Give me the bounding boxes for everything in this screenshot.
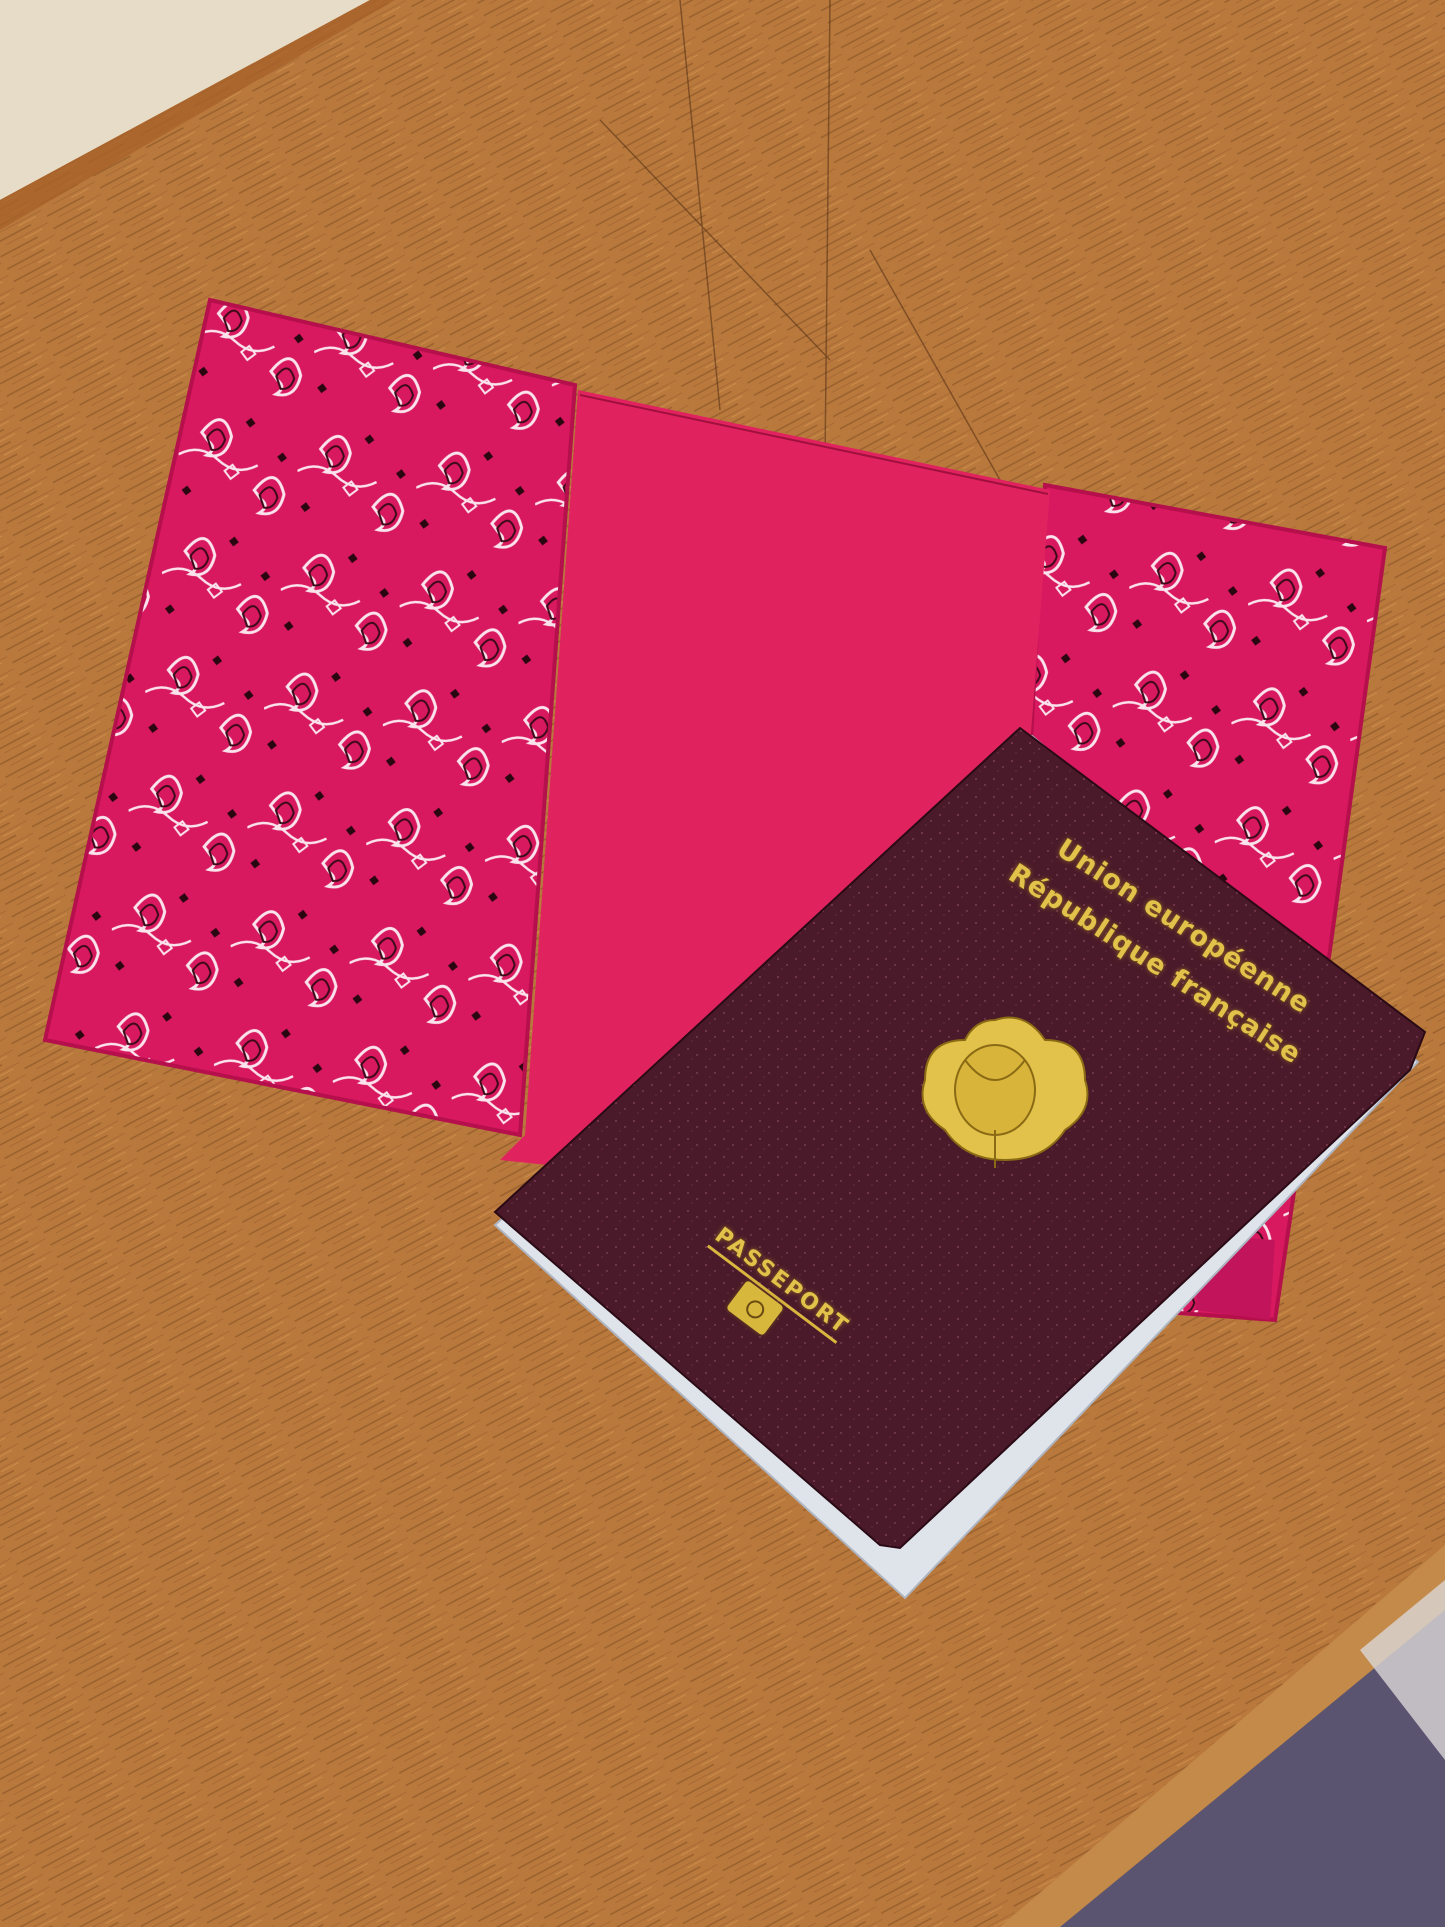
coat-of-arms-icon xyxy=(895,1000,1105,1170)
photo-scene: Union européenne République française PA… xyxy=(0,0,1445,1927)
